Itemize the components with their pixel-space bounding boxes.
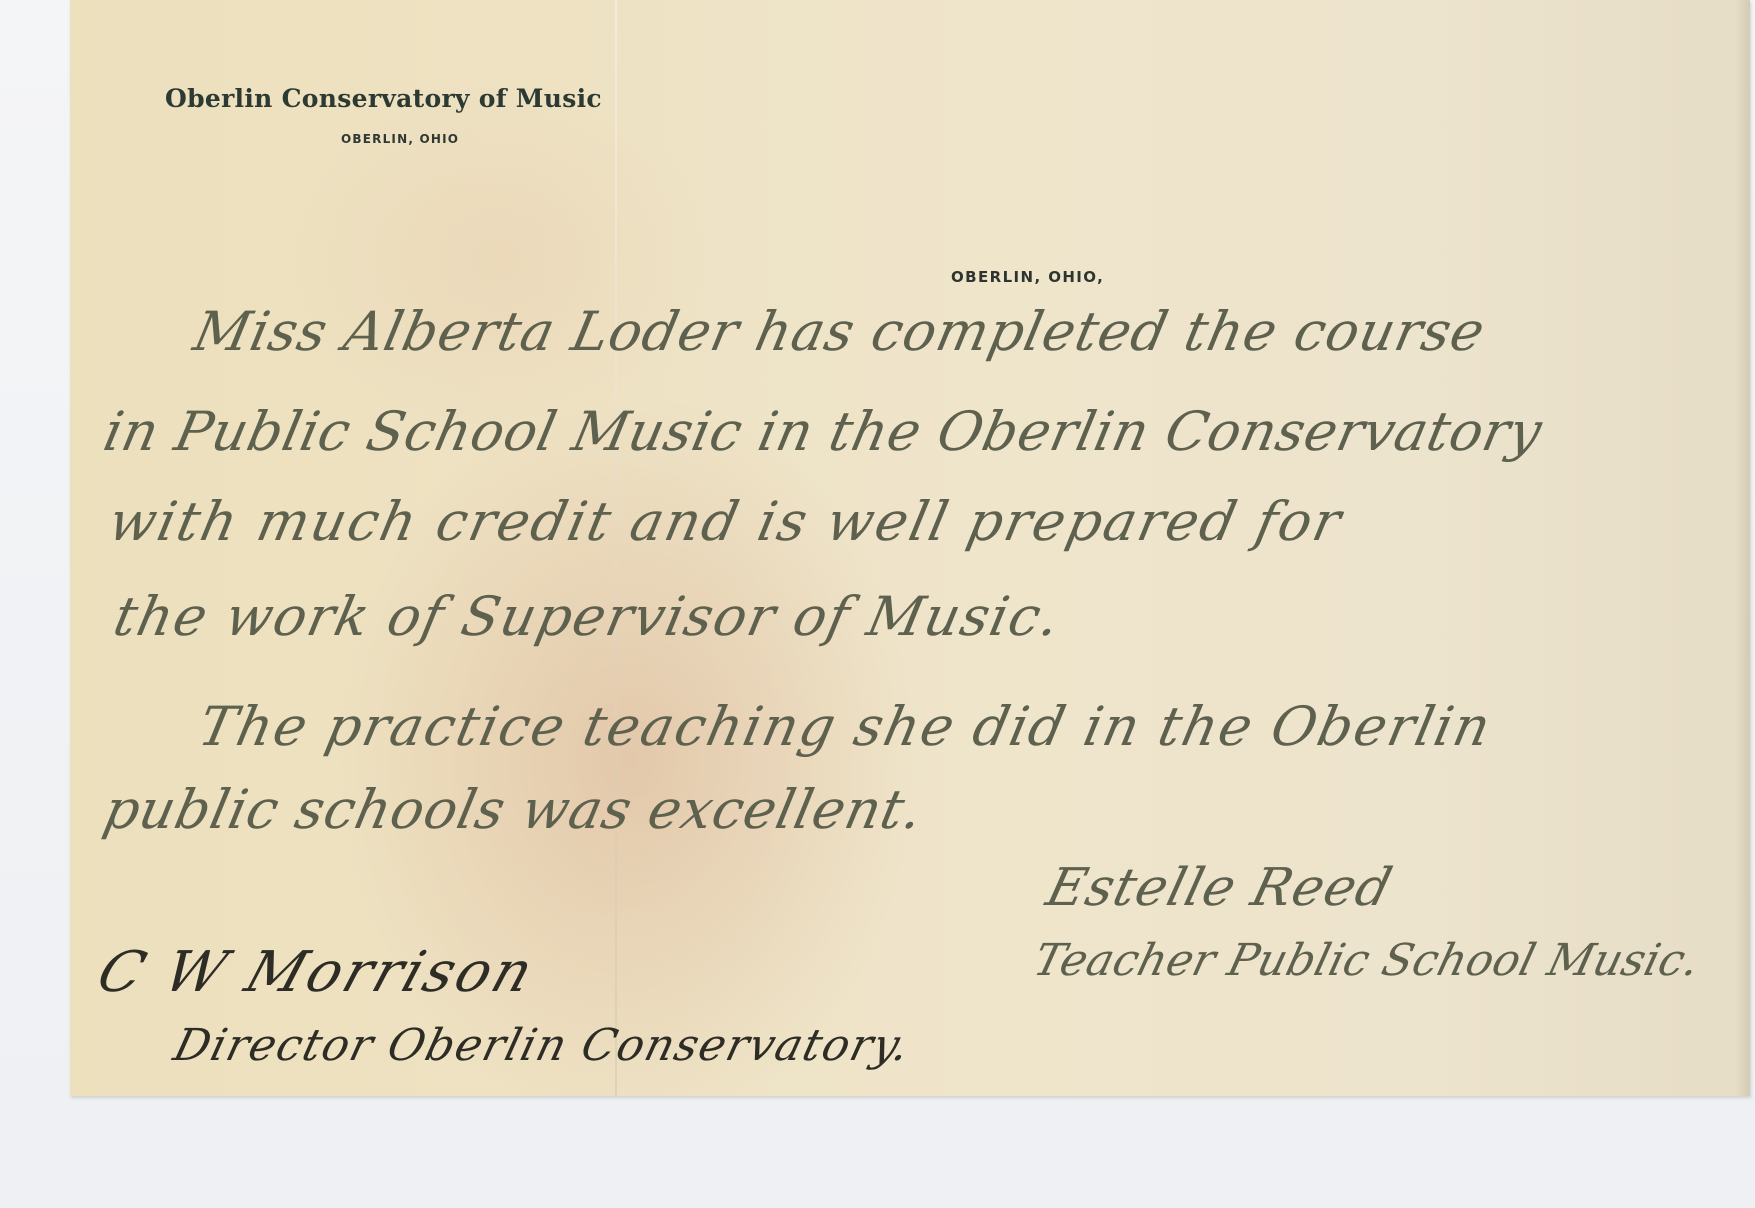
teacher-signature: Estelle Reed (1041, 858, 1399, 918)
dateline: OBERLIN, OHIO, (951, 268, 1104, 286)
body-line: the work of Supervisor of Music. (108, 585, 1066, 648)
letterhead-title: Oberlin Conservatory of Music (165, 84, 602, 113)
teacher-title: Teacher Public School Music. (1029, 935, 1705, 986)
body-line: public schools was excellent. (98, 778, 928, 841)
director-title: Director Oberlin Conservatory. (169, 1020, 916, 1071)
body-line: in Public School Music in the Oberlin Co… (98, 400, 1547, 463)
body-line: with much credit and is well prepared fo… (103, 490, 1348, 553)
body-line: Miss Alberta Loder has completed the cou… (188, 300, 1491, 363)
letterhead-location: OBERLIN, OHIO (341, 132, 459, 146)
body-line: The practice teaching she did in the Obe… (193, 695, 1497, 758)
director-signature: C W Morrison (89, 940, 543, 1005)
